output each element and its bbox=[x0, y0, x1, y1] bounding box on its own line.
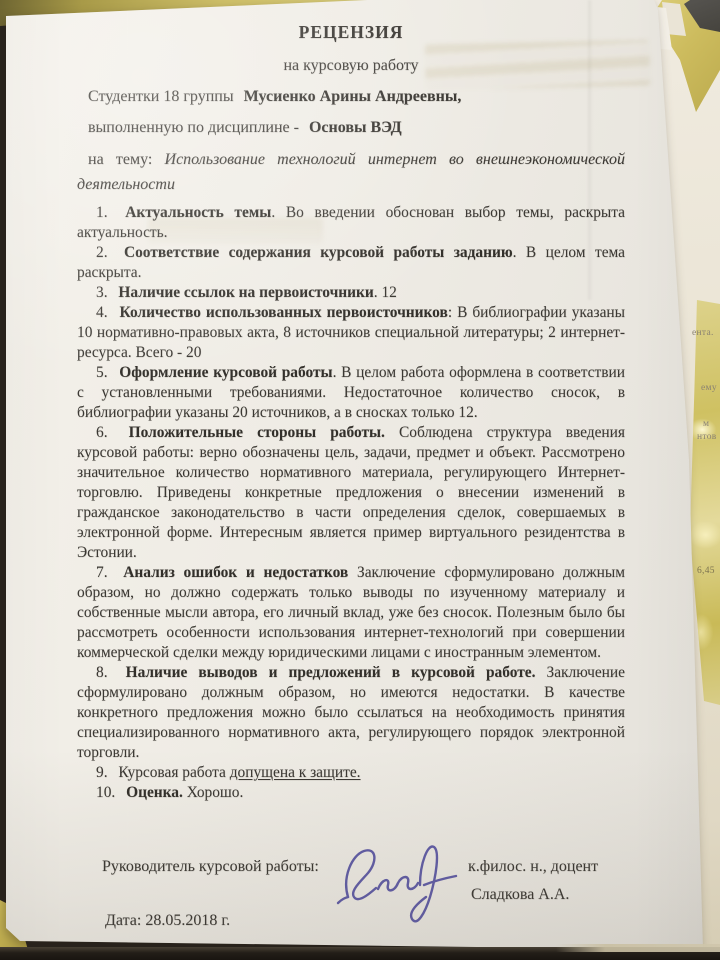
document-title: РЕЦЕНЗИЯ bbox=[77, 22, 625, 43]
item-title: Оценка. bbox=[126, 784, 183, 801]
item-title: Наличие ссылок на первоисточники bbox=[118, 284, 373, 301]
item-number: 9. bbox=[96, 764, 108, 781]
review-item: 3. Наличие ссылок на первоисточники. 12 bbox=[77, 283, 625, 303]
review-item: 2. Соответствие содержания курсовой рабо… bbox=[77, 243, 625, 283]
item-number: 6. bbox=[96, 424, 108, 441]
item-number: 5. bbox=[96, 364, 108, 381]
topic-line-prefix: на тему: bbox=[88, 151, 152, 168]
item-number: 1. bbox=[96, 204, 108, 221]
item-number: 10. bbox=[96, 784, 115, 801]
item-title: Положительные стороны работы. bbox=[129, 424, 385, 441]
paper-sheet: РЕЦЕНЗИЯ на курсовую работу Студентки 18… bbox=[0, 0, 720, 960]
photo-scene: ента. ему м нтов 6,45 РЕЦЕНЗИЯ на курсов… bbox=[0, 0, 720, 960]
review-item: 1. Актуальность темы. Во введении обосно… bbox=[77, 203, 625, 243]
discipline-name: Основы ВЭД bbox=[309, 119, 402, 136]
date-line: Дата: 28.05.2018 г. bbox=[105, 912, 230, 930]
review-items: 1. Актуальность темы. Во введении обосно… bbox=[77, 203, 625, 803]
review-page: РЕЦЕНЗИЯ на курсовую работу Студентки 18… bbox=[0, 0, 720, 960]
item-separator: . bbox=[374, 284, 378, 301]
item-separator: : bbox=[448, 304, 452, 321]
discipline-line-prefix: выполненную по дисциплине - bbox=[88, 119, 299, 136]
item-separator: . bbox=[271, 204, 275, 221]
review-item: 6. Положительные стороны работы. Соблюде… bbox=[77, 423, 625, 563]
item-number: 8. bbox=[96, 664, 108, 681]
student-name: Мусиенко Арины Андреевны, bbox=[244, 88, 462, 105]
supervisor-degree: к.филос. н., доцент bbox=[468, 858, 598, 876]
supervisor-label: Руководитель курсовой работы: bbox=[102, 858, 319, 876]
folder-edge-bottom bbox=[556, 944, 720, 952]
item-separator: . bbox=[333, 364, 337, 381]
item-title: Соответствие содержания курсовой работы … bbox=[124, 244, 513, 261]
topic-line: на тему: Использование технологий интерн… bbox=[77, 148, 625, 197]
review-item: 7. Анализ ошибок и недостатков Заключени… bbox=[77, 563, 625, 663]
item-title: Количество использованных первоисточнико… bbox=[120, 304, 448, 321]
item-text: 12 bbox=[381, 284, 396, 301]
topic-title: Использование технологий интернет во вне… bbox=[77, 151, 625, 193]
item-number: 3. bbox=[96, 284, 108, 301]
review-item: 5. Оформление курсовой работы. В целом р… bbox=[77, 363, 625, 423]
item-text: Соблюдена структура введения курсовой ра… bbox=[77, 424, 625, 561]
item-number: 4. bbox=[96, 304, 108, 321]
discipline-line: выполненную по дисциплине - Основы ВЭД bbox=[77, 119, 625, 137]
item-title: Наличие выводов и предложений в курсовой… bbox=[126, 664, 536, 681]
student-line-prefix: Студентки 18 группы bbox=[88, 88, 234, 105]
review-item: 9. Курсовая работа допущена к защите. bbox=[77, 763, 625, 783]
supervisor-name: Сладкова А.А. bbox=[471, 886, 569, 904]
item-title: Актуальность темы bbox=[125, 204, 271, 221]
item-number: 7. bbox=[96, 564, 108, 581]
review-item: 10. Оценка. Хорошо. bbox=[77, 783, 625, 803]
item-underlined-text: допущена к защите. bbox=[230, 764, 361, 781]
item-title: Анализ ошибок и недостатков bbox=[123, 564, 348, 581]
item-text: Хорошо. bbox=[187, 784, 244, 801]
item-text: Курсовая работа bbox=[118, 764, 225, 781]
signature-ink bbox=[332, 833, 462, 933]
review-document: РЕЦЕНЗИЯ на курсовую работу Студентки 18… bbox=[77, 0, 625, 960]
student-line: Студентки 18 группы Мусиенко Арины Андре… bbox=[77, 88, 625, 106]
item-number: 2. bbox=[96, 244, 108, 261]
document-subtitle: на курсовую работу bbox=[77, 57, 625, 75]
item-title: Оформление курсовой работы bbox=[119, 364, 332, 381]
item-separator: . bbox=[513, 244, 517, 261]
review-item: 8. Наличие выводов и предложений в курсо… bbox=[77, 663, 625, 763]
review-item: 4. Количество использованных первоисточн… bbox=[77, 303, 625, 363]
